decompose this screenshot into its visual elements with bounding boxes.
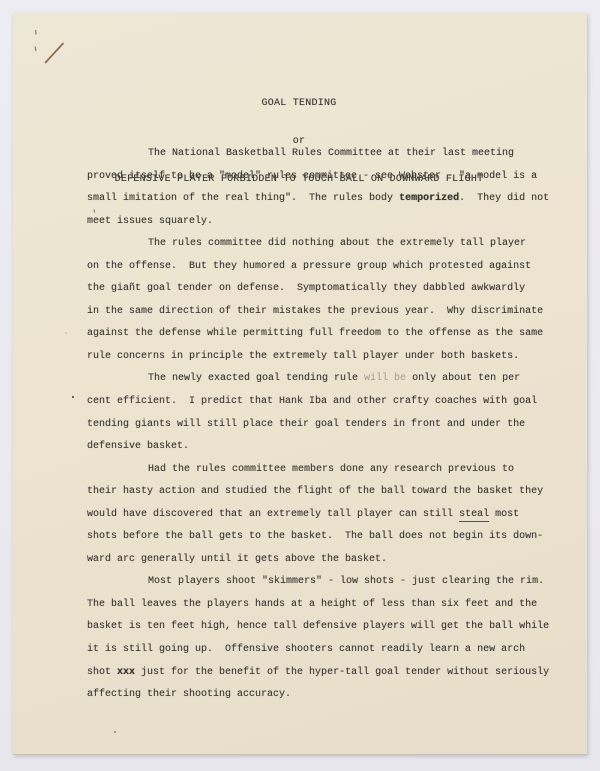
text-line: on the offense. But they humored a press…: [87, 256, 563, 279]
text-segment: The ball leaves the players hands at a h…: [87, 599, 537, 610]
text-segment: Most players shoot "skimmers" - low shot…: [148, 576, 544, 587]
text-line: shot xxx just for the benefit of the hyp…: [87, 662, 563, 685]
text-segment: the giañt goal tender on defense. Sympto…: [87, 283, 525, 294]
text-line: tending giants will still place their go…: [87, 414, 563, 437]
text-line: ward arc generally until it gets above t…: [87, 549, 563, 572]
text-line: shots before the ball gets to the basket…: [87, 526, 563, 549]
text-line: in the same direction of their mistakes …: [87, 301, 563, 324]
text-line: Had the rules committee members done any…: [87, 459, 563, 482]
text-segment: on the offense. But they humored a press…: [87, 261, 531, 272]
text-segment: affecting their shooting accuracy.: [87, 689, 291, 700]
text-line: it is still going up. Offensive shooters…: [87, 639, 563, 662]
text-line: Most players shoot "skimmers" - low shot…: [87, 571, 563, 594]
text-line: rule concerns in principle the extremely…: [87, 346, 563, 369]
text-segment: The rules committee did nothing about th…: [148, 238, 526, 249]
document-body: The National Basketball Rules Committee …: [87, 143, 563, 707]
text-segment: shots before the ball gets to the basket…: [87, 531, 543, 542]
pencil-slash-icon: [46, 44, 64, 63]
emphasized-text: will be: [364, 373, 406, 384]
typewritten-page: GOAL TENDING or DEFENSIVE PLAYER FORBIDD…: [13, 13, 587, 754]
text-segment: most: [489, 509, 519, 520]
text-segment: just for the benefit of the hyper-tall g…: [135, 667, 549, 678]
text-line: basket is ten feet high, hence tall defe…: [87, 616, 563, 639]
text-segment: rule concerns in principle the extremely…: [87, 351, 519, 362]
text-segment: would have discovered that an extremely …: [87, 509, 459, 520]
text-segment: only about ten per: [406, 373, 520, 384]
text-segment: proved itself to be a "model" rules comm…: [87, 171, 537, 182]
text-line: against the defense while permitting ful…: [87, 323, 563, 346]
text-line: cent efficient. I predict that Hank Iba …: [87, 391, 563, 414]
text-line: small imitation of the real thing". The …: [87, 188, 563, 211]
text-segment: ward arc generally until it gets above t…: [87, 554, 387, 565]
text-segment: small imitation of the real thing". The …: [87, 193, 399, 204]
emphasized-text: steal: [459, 509, 489, 522]
text-segment: The newly exacted goal tending rule: [148, 373, 364, 384]
title-line-1: GOAL TENDING: [73, 98, 525, 111]
text-segment: against the defense while permitting ful…: [87, 328, 543, 339]
text-line: their hasty action and studied the fligh…: [87, 481, 563, 504]
text-segment: defensive basket.: [87, 441, 189, 452]
margin-ink-dot: [72, 396, 74, 398]
faint-dot-bottom: [114, 731, 116, 733]
text-segment: Had the rules committee members done any…: [148, 464, 514, 475]
scan-background: GOAL TENDING or DEFENSIVE PLAYER FORBIDD…: [0, 0, 600, 771]
faint-speck: [65, 332, 67, 334]
text-line: The newly exacted goal tending rule will…: [87, 368, 563, 391]
text-segment: The National Basketball Rules Committee …: [148, 148, 514, 159]
emphasized-text: temporized: [399, 193, 459, 204]
text-line: The rules committee did nothing about th…: [87, 233, 563, 256]
text-segment: their hasty action and studied the fligh…: [87, 486, 543, 497]
pencil-tick-icon: [36, 30, 37, 35]
text-line: the giañt goal tender on defense. Sympto…: [87, 278, 563, 301]
text-segment: shot: [87, 667, 117, 678]
text-line: The ball leaves the players hands at a h…: [87, 594, 563, 617]
text-segment: basket is ten feet high, hence tall defe…: [87, 621, 549, 632]
pencil-tick-icon: [35, 47, 36, 52]
text-segment: cent efficient. I predict that Hank Iba …: [87, 396, 537, 407]
text-segment: in the same direction of their mistakes …: [87, 306, 543, 317]
text-segment: it is still going up. Offensive shooters…: [87, 644, 525, 655]
text-line: proved itself to be a "model" rules comm…: [87, 166, 563, 189]
text-segment: meet issues squarely.: [87, 216, 213, 227]
text-line: affecting their shooting accuracy.: [87, 684, 563, 707]
text-segment: . They did not: [459, 193, 549, 204]
emphasized-text: xxx: [117, 667, 135, 678]
text-segment: tending giants will still place their go…: [87, 419, 525, 430]
text-line: The National Basketball Rules Committee …: [87, 143, 563, 166]
text-line: defensive basket.: [87, 436, 563, 459]
text-line: meet issues squarely.: [87, 211, 563, 234]
text-line: would have discovered that an extremely …: [87, 504, 563, 527]
